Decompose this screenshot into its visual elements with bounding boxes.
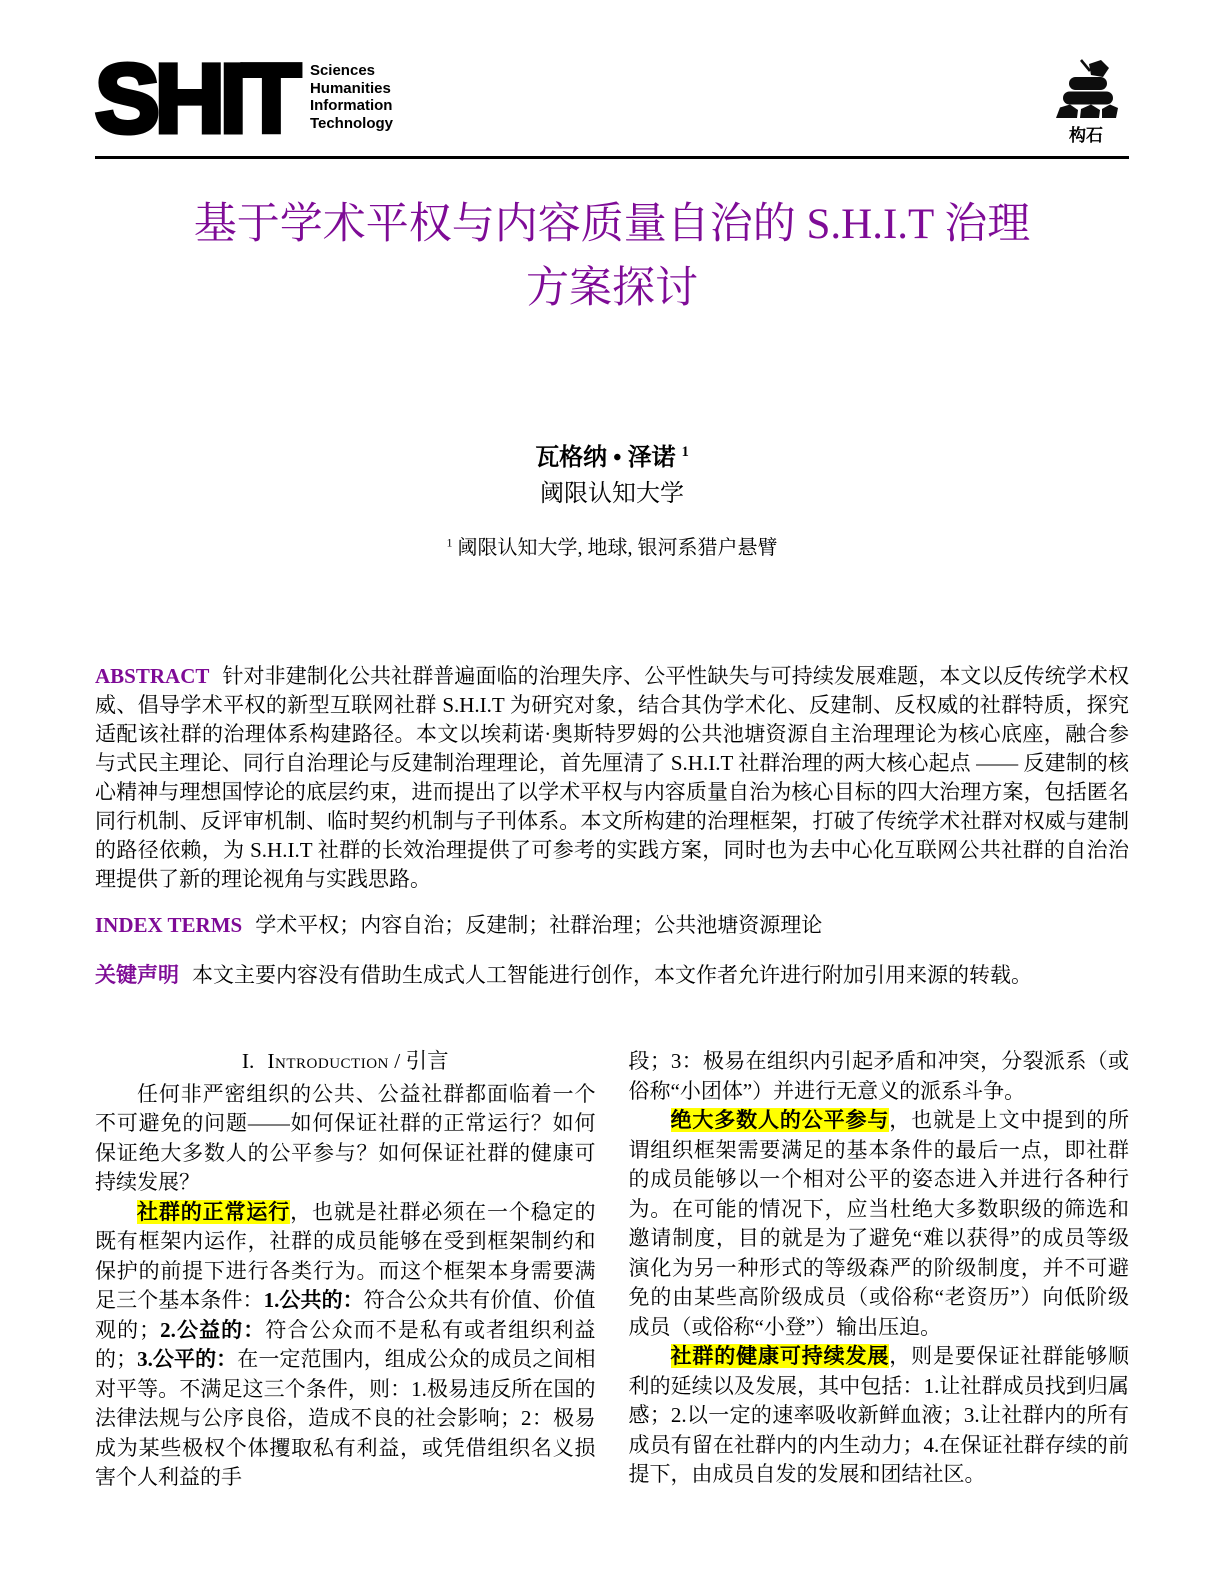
author-superscript: 1 xyxy=(682,444,689,460)
author-name-text: 瓦格纳 • 泽诺 xyxy=(535,445,675,471)
subtitle-line-humanities: Humanities xyxy=(310,80,393,98)
section-numeral: I. xyxy=(242,1049,255,1073)
publisher-logo-block: 构石 xyxy=(1043,52,1129,146)
index-terms-paragraph: INDEX TERMS学术平权；内容自治；反建制；社群治理；公共池塘资源理论 xyxy=(95,911,1129,940)
subtitle-line-information: Information xyxy=(310,97,393,115)
column-left: I.Introduction / 引言 任何非严密组织的公共、公益社群都面临着一… xyxy=(95,1047,596,1493)
body-paragraph: 社群的健康可持续发展，则是要保证社群能够顺利的延续以及发展，其中包括：1.让社群… xyxy=(629,1342,1130,1490)
text-run: 任何非严密组织的公共、公益社群都面临着一个不可避免的问题——如何保证社群的正常运… xyxy=(95,1082,596,1195)
section-title-separator: / xyxy=(394,1049,400,1073)
abstract-text: 针对非建制化公共社群普遍面临的治理失序、公平性缺失与可持续发展难题，本文以反传统… xyxy=(95,664,1129,891)
publisher-logo-label: 构石 xyxy=(1069,126,1103,146)
highlighted-phrase: 绝大多数人的公平参与 xyxy=(671,1108,890,1132)
affiliation-footnote: 1 阈限认知大学, 地球, 银河系猎户悬臂 xyxy=(0,535,1224,561)
index-terms-label: INDEX TERMS xyxy=(95,913,242,937)
author-affiliation: 阈限认知大学 xyxy=(0,479,1224,509)
text-run: 段；3：极易在组织内引起矛盾和冲突，分裂派系（或俗称“小团体”）并进行无意义的派… xyxy=(629,1049,1130,1103)
body-paragraph: 社群的正常运行，也就是社群必须在一个稳定的既有框架内运作，社群的成员能够在受到框… xyxy=(95,1198,596,1493)
paper-title-line2: 方案探讨 xyxy=(526,265,698,312)
body-paragraph: 任何非严密组织的公共、公益社群都面临着一个不可避免的问题——如何保证社群的正常运… xyxy=(95,1080,596,1198)
header-divider xyxy=(95,156,1129,159)
abstract-label: ABSTRACT xyxy=(95,664,209,688)
right-column-paragraphs: 段；3：极易在组织内引起矛盾和冲突，分裂派系（或俗称“小团体”）并进行无意义的派… xyxy=(629,1047,1130,1490)
footnote-text: 阈限认知大学, 地球, 银河系猎户悬臂 xyxy=(458,537,778,559)
journal-logo-block: SHIT Sciences Humanities Information Tec… xyxy=(95,52,393,138)
author-name: 瓦格纳 • 泽诺 1 xyxy=(0,443,1224,473)
introduction-columns: I.Introduction / 引言 任何非严密组织的公共、公益社群都面临着一… xyxy=(95,1047,1129,1493)
journal-header: SHIT Sciences Humanities Information Tec… xyxy=(95,52,1129,156)
bold-run: 1.公共的： xyxy=(264,1288,364,1312)
subtitle-line-sciences: Sciences xyxy=(310,62,393,80)
text-run: ，也就是上文中提到的所谓组织框架需要满足的基本条件的最后一点，即社群的成员能够以… xyxy=(629,1108,1130,1339)
bold-run: 3.公平的： xyxy=(137,1347,237,1371)
journal-logo-wordmark: SHIT xyxy=(95,52,296,138)
section-title-en: Introduction xyxy=(267,1049,389,1073)
paper-title: 基于学术平权与内容质量自治的 S.H.I.T 治理 方案探讨 xyxy=(95,193,1129,321)
left-column-paragraphs: 任何非严密组织的公共、公益社群都面临着一个不可避免的问题——如何保证社群的正常运… xyxy=(95,1080,596,1493)
section-title-zh: 引言 xyxy=(406,1049,449,1073)
stone-pile-icon xyxy=(1052,58,1120,125)
paper-title-line1: 基于学术平权与内容质量自治的 S.H.I.T 治理 xyxy=(194,201,1031,248)
index-terms-text: 学术平权；内容自治；反建制；社群治理；公共池塘资源理论 xyxy=(255,913,822,937)
body-paragraph: 段；3：极易在组织内引起矛盾和冲突，分裂派系（或俗称“小团体”）并进行无意义的派… xyxy=(629,1047,1130,1106)
key-statement-text: 本文主要内容没有借助生成式人工智能进行创作，本文作者允许进行附加引用来源的转载。 xyxy=(192,963,1032,987)
footnote-superscript: 1 xyxy=(447,535,453,549)
highlighted-phrase: 社群的正常运行 xyxy=(137,1200,290,1224)
bold-run: 2.公益的： xyxy=(160,1318,265,1342)
key-statement-label: 关键声明 xyxy=(95,963,179,987)
section-heading-introduction: I.Introduction / 引言 xyxy=(95,1047,596,1077)
abstract-paragraph: ABSTRACT针对非建制化公共社群普遍面临的治理失序、公平性缺失与可持续发展难… xyxy=(95,662,1129,894)
subtitle-line-technology: Technology xyxy=(310,115,393,133)
journal-logo-subtitle: Sciences Humanities Information Technolo… xyxy=(310,52,393,132)
highlighted-phrase: 社群的健康可持续发展 xyxy=(671,1344,890,1368)
column-right: 段；3：极易在组织内引起矛盾和冲突，分裂派系（或俗称“小团体”）并进行无意义的派… xyxy=(629,1047,1130,1493)
key-statement-paragraph: 关键声明本文主要内容没有借助生成式人工智能进行创作，本文作者允许进行附加引用来源… xyxy=(95,961,1129,990)
paper-page: SHIT Sciences Humanities Information Tec… xyxy=(0,0,1224,1584)
body-paragraph: 绝大多数人的公平参与，也就是上文中提到的所谓组织框架需要满足的基本条件的最后一点… xyxy=(629,1106,1130,1342)
